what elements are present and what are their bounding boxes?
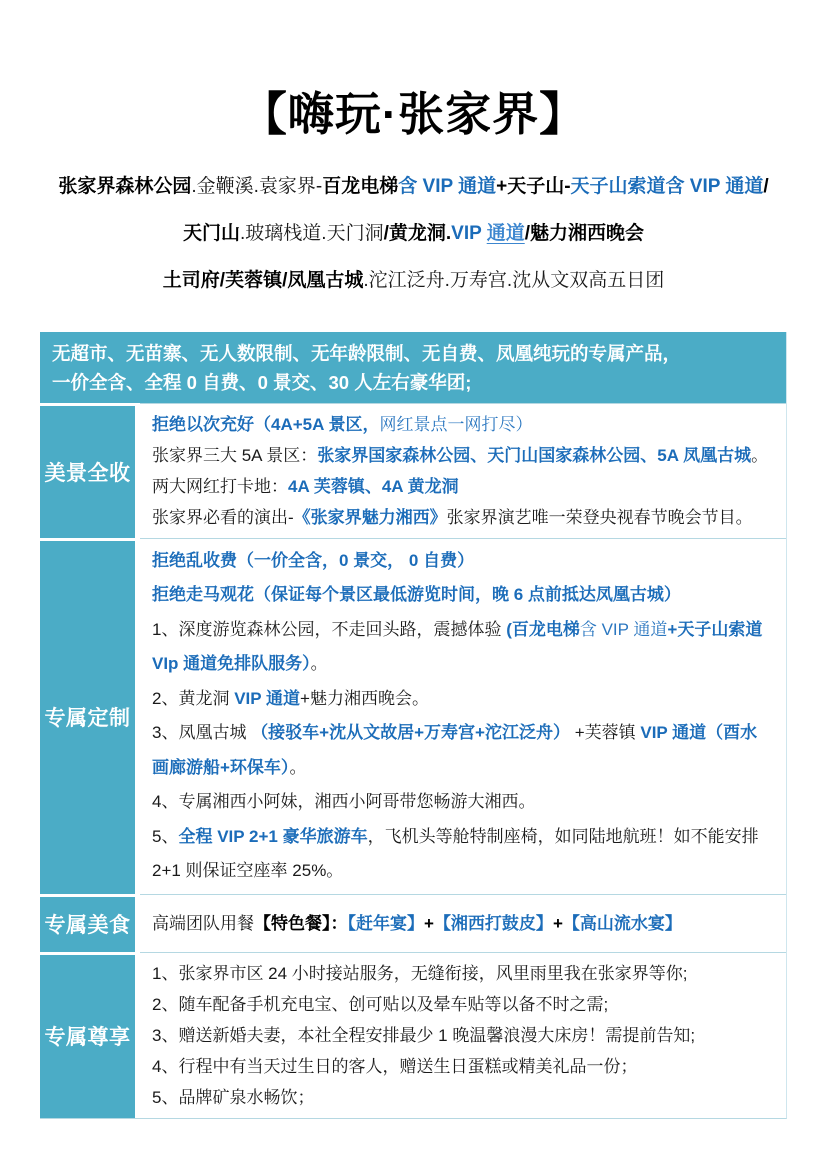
text-segment: 拒绝走马观花（保证每个景区最低游览时间，晚 6 点前抵达凤凰古城）	[152, 585, 681, 604]
text-segment: 《张家界魅力湘西》	[294, 508, 447, 527]
text-segment: 高端团队用餐	[152, 914, 254, 933]
row-label-vip: 专属尊享	[40, 952, 140, 1118]
text-line: 4、专属湘西小阿妹，湘西小阿哥带您畅游大湘西。	[152, 785, 770, 820]
text-segment: 【赶年宴】	[348, 914, 425, 933]
text-line: 拒绝乱收费（一价全含，0 景交， 0 自费）	[152, 544, 770, 579]
text-line: 2、随车配备手机充电宝、创可贴以及晕车贴等以备不时之需;	[152, 989, 770, 1020]
text-line: 一价全含、全程 0 自费、0 景交、30 人左右豪华团;	[52, 368, 772, 397]
text-segment: 张家界三大 5A 景区：	[152, 446, 317, 465]
text-line: 3、赠送新婚夫妻，本社全程安排最少 1 晚温馨浪漫大床房！需提前告知;	[152, 1020, 770, 1051]
table-row-scenery: 美景全收 拒绝以次充好（4A+5A 景区，网红景点一网打尽）张家界三大 5A 景…	[40, 403, 786, 538]
text-segment: 张家界必看的演出-	[152, 508, 294, 527]
text-segment: 无超市、无苗寨、无人数限制、无年龄限制、无自费、凤凰纯玩的专属产品，	[52, 343, 681, 364]
text-segment: 。	[311, 654, 328, 673]
text-segment: 。	[751, 446, 768, 465]
text-segment: .金鞭溪.袁家界-	[191, 176, 322, 197]
page-title: 【嗨玩·张家界】	[0, 86, 827, 144]
text-segment: 【高山流水宴】	[563, 914, 682, 933]
text-segment: 天子山索道含 VIP 通道	[571, 176, 764, 197]
text-line: 张家界三大 5A 景区：张家界国家森林公园、天门山国家森林公园、5A 凤凰古城。	[152, 440, 770, 471]
text-segment: .玻璃栈道.天门洞	[240, 223, 384, 244]
text-segment: 含 VIP 通道	[580, 620, 668, 639]
table-header-banner: 无超市、无苗寨、无人数限制、无年龄限制、无自费、凤凰纯玩的专属产品，一价全含、全…	[40, 332, 786, 403]
row-content-vip: 1、张家界市区 24 小时接站服务，无缝衔接，风里雨里我在张家界等你;2、随车配…	[140, 952, 786, 1118]
table-row-food: 专属美食 高端团队用餐【特色餐】：【赶年宴】+【湘西打鼓皮】+【高山流水宴】	[40, 894, 786, 952]
text-segment: 1、深度游览森林公园，不走回头路，震撼体验	[152, 620, 506, 639]
text-line: 天门山.玻璃栈道.天门洞/黄龙洞.VIP 通道/魅力湘西晚会	[0, 221, 827, 247]
text-line: 3、凤凰古城 （接驳车+沈从文故居+万寿宫+沱江泛舟） +芙蓉镇 VIP 通道（…	[152, 716, 770, 785]
row-label-custom: 专属定制	[40, 538, 140, 894]
tour-summary: 张家界森林公园.金鞭溪.袁家界-百龙电梯含 VIP 通道+天子山-天子山索道含 …	[0, 174, 827, 294]
text-segment: 【特色餐】：	[254, 914, 348, 933]
text-segment: 拒绝以次充好（4A+5A 景区，	[152, 415, 379, 434]
text-line: 1、深度游览森林公园，不走回头路，震撼体验 (百龙电梯含 VIP 通道+天子山索…	[152, 613, 770, 682]
text-line: 5、全程 VIP 2+1 豪华旅游车，飞机头等舱特制座椅，如同陆地航班！如不能安…	[152, 820, 770, 889]
text-segment: /魅力湘西晚会	[525, 223, 644, 244]
text-segment: 3、凤凰古城	[152, 723, 251, 742]
text-line: 无超市、无苗寨、无人数限制、无年龄限制、无自费、凤凰纯玩的专属产品，	[52, 339, 772, 368]
text-segment: (百龙电梯	[506, 620, 580, 639]
text-segment: （接驳车+沈从文故居+万寿宫+沱江泛舟）	[251, 723, 570, 742]
row-content-scenery: 拒绝以次充好（4A+5A 景区，网红景点一网打尽）张家界三大 5A 景区：张家界…	[140, 403, 786, 538]
text-line: 5、品牌矿泉水畅饮；	[152, 1082, 770, 1113]
text-segment: 1、张家界市区 24 小时接站服务，无缝衔接，风里雨里我在张家界等你;	[152, 964, 688, 983]
text-line: 张家界森林公园.金鞭溪.袁家界-百龙电梯含 VIP 通道+天子山-天子山索道含 …	[0, 174, 827, 200]
row-content-food: 高端团队用餐【特色餐】：【赶年宴】+【湘西打鼓皮】+【高山流水宴】	[140, 894, 786, 952]
text-segment: 4A 芙蓉镇、4A 黄龙洞	[288, 477, 459, 496]
text-segment: 网红景点一网打尽）	[379, 415, 532, 434]
row-content-custom: 拒绝乱收费（一价全含，0 景交， 0 自费）拒绝走马观花（保证每个景区最低游览时…	[140, 538, 786, 894]
text-segment: /黄龙洞.	[384, 223, 452, 244]
text-segment: 张家界森林公园	[58, 176, 191, 197]
text-segment: +芙蓉镇	[570, 723, 640, 742]
text-segment: +	[553, 914, 563, 933]
table-row-custom: 专属定制 拒绝乱收费（一价全含，0 景交， 0 自费）拒绝走马观花（保证每个景区…	[40, 538, 786, 894]
text-segment: 土司府/芙蓉镇/凤凰古城	[163, 270, 364, 291]
text-segment: 天门山	[183, 223, 240, 244]
text-segment: 5、品牌矿泉水畅饮；	[152, 1088, 314, 1107]
text-segment: VIP	[451, 223, 487, 244]
row-label-food: 专属美食	[40, 894, 140, 952]
text-segment: 全程 VIP 2+1 豪华旅游车	[178, 827, 367, 846]
text-segment: +	[424, 914, 434, 933]
text-segment: 【湘西打鼓皮】	[434, 914, 553, 933]
text-line: 拒绝以次充好（4A+5A 景区，网红景点一网打尽）	[152, 409, 770, 440]
text-segment: 4、行程中有当天过生日的客人，赠送生日蛋糕或精美礼品一份；	[152, 1057, 637, 1076]
table-row-vip: 专属尊享 1、张家界市区 24 小时接站服务，无缝衔接，风里雨里我在张家界等你;…	[40, 952, 786, 1118]
text-segment: 通道	[487, 223, 525, 244]
text-segment: 百龙电梯	[322, 176, 398, 197]
text-segment: 含 VIP 通道	[398, 176, 496, 197]
text-segment: 张家界演艺唯一荣登央视春节晚会节目。	[447, 508, 753, 527]
text-line: 高端团队用餐【特色餐】：【赶年宴】+【湘西打鼓皮】+【高山流水宴】	[152, 908, 682, 939]
text-segment: 3、赠送新婚夫妻，本社全程安排最少 1 晚温馨浪漫大床房！需提前告知;	[152, 1026, 695, 1045]
text-line: 两大网红打卡地：4A 芙蓉镇、4A 黄龙洞	[152, 471, 770, 502]
text-segment: 2、随车配备手机充电宝、创可贴以及晕车贴等以备不时之需;	[152, 995, 608, 1014]
text-segment: 两大网红打卡地：	[152, 477, 288, 496]
text-segment: +魅力湘西晚会。	[300, 689, 429, 708]
text-line: 土司府/芙蓉镇/凤凰古城.沱江泛舟.万寿宫.沈从文双高五日团	[0, 268, 827, 294]
text-segment: .沱江泛舟.万寿宫.沈从文双高五日团	[363, 270, 664, 291]
text-line: 4、行程中有当天过生日的客人，赠送生日蛋糕或精美礼品一份；	[152, 1051, 770, 1082]
text-segment: 一价全含、全程 0 自费、0 景交、30 人左右豪华团;	[52, 372, 471, 393]
text-line: 张家界必看的演出-《张家界魅力湘西》张家界演艺唯一荣登央视春节晚会节目。	[152, 502, 770, 533]
text-segment: 。	[289, 758, 306, 777]
text-segment: 拒绝乱收费（一价全含，0 景交， 0 自费）	[152, 551, 474, 570]
text-segment: +天子山-	[496, 176, 570, 197]
text-segment: VIP 通道	[234, 689, 300, 708]
tour-info-table: 无超市、无苗寨、无人数限制、无年龄限制、无自费、凤凰纯玩的专属产品，一价全含、全…	[40, 332, 787, 1119]
text-segment: 张家界国家森林公园、天门山国家森林公园、5A 凤凰古城	[317, 446, 751, 465]
row-label-scenery: 美景全收	[40, 403, 140, 538]
text-line: 1、张家界市区 24 小时接站服务，无缝衔接，风里雨里我在张家界等你;	[152, 958, 770, 989]
text-segment: /	[763, 176, 768, 197]
text-segment: 2、黄龙洞	[152, 689, 234, 708]
text-line: 拒绝走马观花（保证每个景区最低游览时间，晚 6 点前抵达凤凰古城）	[152, 578, 770, 613]
text-segment: 4、专属湘西小阿妹，湘西小阿哥带您畅游大湘西。	[152, 792, 535, 811]
text-segment: 5、	[152, 827, 178, 846]
text-line: 2、黄龙洞 VIP 通道+魅力湘西晚会。	[152, 682, 770, 717]
